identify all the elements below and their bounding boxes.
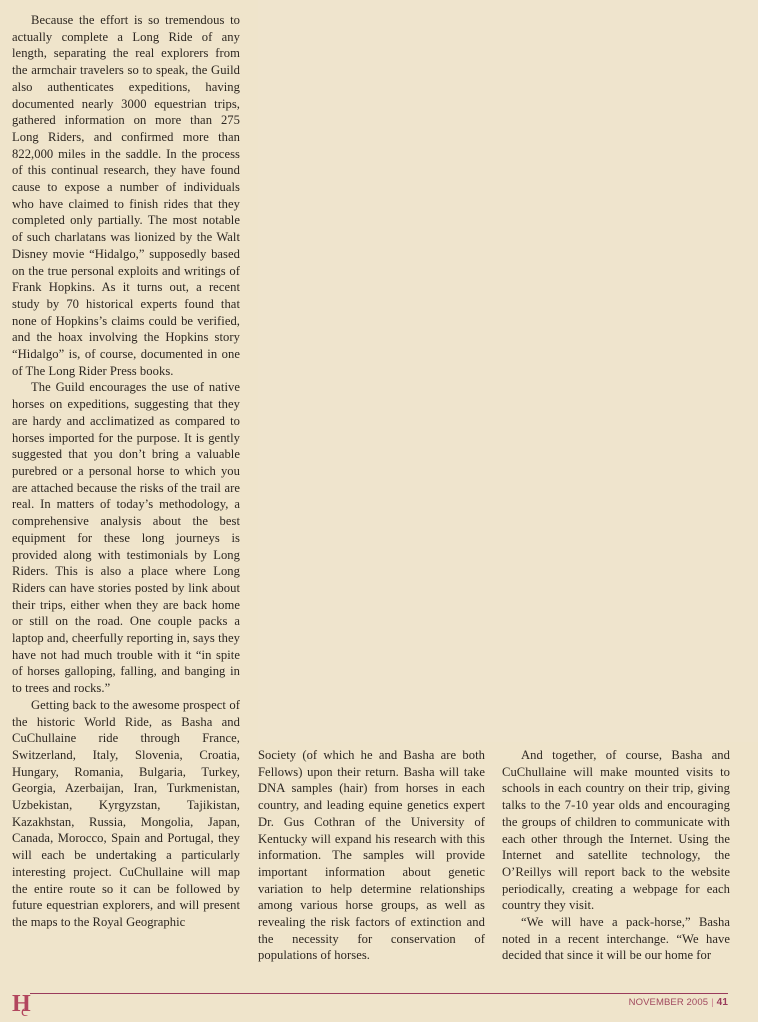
folio-separator: |	[711, 997, 714, 1008]
magazine-logo-icon: H c	[12, 992, 34, 1022]
paragraph: The Guild encourages the use of native h…	[12, 379, 240, 696]
article-column-2: Society (of which he and Basha are both …	[258, 747, 485, 964]
folio: NOVEMBER 2005|41	[629, 997, 728, 1008]
paragraph: Getting back to the awesome prospect of …	[12, 697, 240, 931]
issue-date: NOVEMBER 2005	[629, 997, 708, 1008]
paragraph: “We will have a pack-horse,” Basha noted…	[502, 914, 730, 964]
paragraph: And together, of course, Basha and CuChu…	[502, 747, 730, 914]
paragraph: Because the effort is so tremendous to a…	[12, 12, 240, 379]
footer-divider	[30, 993, 728, 994]
article-column-3: And together, of course, Basha and CuChu…	[502, 747, 730, 964]
page-number: 41	[717, 997, 728, 1008]
paragraph: Society (of which he and Basha are both …	[258, 747, 485, 964]
article-column-1: Because the effort is so tremendous to a…	[12, 12, 240, 931]
logo-letter-c: c	[21, 1004, 28, 1020]
faded-photo-area	[258, 0, 758, 742]
